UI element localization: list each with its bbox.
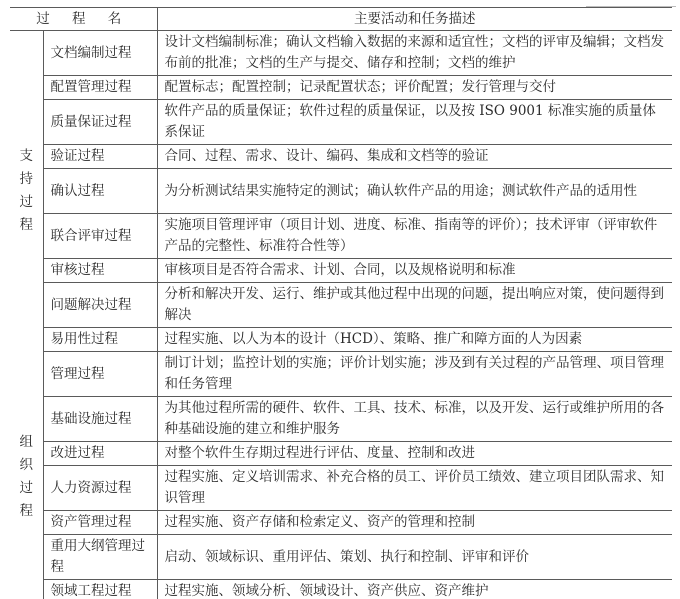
process-name: 审核过程 bbox=[43, 259, 157, 283]
process-description: 合同、过程、需求、设计、编码、集成和文档等的验证 bbox=[157, 145, 672, 169]
process-table: 过 程 名 主要活动和任务描述 支 持 过 程 文档编制过程 设计文档编制标准；… bbox=[10, 7, 672, 599]
table-row: 重用大纲管理过程 启动、领域标识、重用评估、策划、执行和控制、评审和评价 bbox=[10, 535, 672, 580]
category-organizational: 组 织 过 程 bbox=[10, 352, 43, 599]
table-row: 组 织 过 程 管理过程 制订计划；监控计划的实施；评价计划实施；涉及到有关过程… bbox=[10, 352, 672, 397]
process-description: 设计文档编制标准；确认文档输入数据的来源和适宜性；文档的评审及编辑；文档发布前的… bbox=[157, 31, 672, 76]
process-name: 问题解决过程 bbox=[43, 283, 157, 328]
table-row: 配置管理过程 配置标志；配置控制；记录配置状态；评价配置；发行管理与交付 bbox=[10, 76, 672, 100]
page-edge-mark bbox=[586, 0, 676, 7]
table-row: 确认过程 为分析测试结果实施特定的测试；确认软件产品的用途；测试软件产品的适用性 bbox=[10, 169, 672, 214]
process-name: 易用性过程 bbox=[43, 328, 157, 352]
process-name: 人力资源过程 bbox=[43, 466, 157, 511]
process-name: 验证过程 bbox=[43, 145, 157, 169]
process-name: 质量保证过程 bbox=[43, 100, 157, 145]
category-char: 过 bbox=[20, 191, 34, 214]
process-description: 配置标志；配置控制；记录配置状态；评价配置；发行管理与交付 bbox=[157, 76, 672, 100]
table-row: 改进过程 对整个软件生存期过程进行评估、度量、控制和改进 bbox=[10, 442, 672, 466]
process-description: 启动、领域标识、重用评估、策划、执行和控制、评审和评价 bbox=[157, 535, 672, 580]
table-row: 质量保证过程 软件产品的质量保证；软件过程的质量保证，以及按 ISO 9001 … bbox=[10, 100, 672, 145]
table-row: 人力资源过程 过程实施、定义培训需求、补充合格的员工、评价员工绩效、建立项目团队… bbox=[10, 466, 672, 511]
header-description: 主要活动和任务描述 bbox=[157, 8, 672, 31]
category-support: 支 持 过 程 bbox=[10, 31, 43, 352]
process-name: 改进过程 bbox=[43, 442, 157, 466]
table-row: 支 持 过 程 文档编制过程 设计文档编制标准；确认文档输入数据的来源和适宜性；… bbox=[10, 31, 672, 76]
process-description: 软件产品的质量保证；软件过程的质量保证，以及按 ISO 9001 标准实施的质量… bbox=[157, 100, 672, 145]
header-process-name: 过 程 名 bbox=[10, 8, 157, 31]
category-char: 程 bbox=[20, 500, 34, 523]
process-description: 过程实施、定义培训需求、补充合格的员工、评价员工绩效、建立项目团队需求、知识管理 bbox=[157, 466, 672, 511]
process-description: 制订计划；监控计划的实施；评价计划实施；涉及到有关过程的产品管理、项目管理和任务… bbox=[157, 352, 672, 397]
category-char: 组 bbox=[20, 431, 34, 454]
table-row: 基础设施过程 为其他过程所需的硬件、软件、工具、技术、标准，以及开发、运行或维护… bbox=[10, 397, 672, 442]
process-description: 过程实施、资产存储和检索定义、资产的管理和控制 bbox=[157, 511, 672, 535]
process-name: 确认过程 bbox=[43, 169, 157, 214]
header-row: 过 程 名 主要活动和任务描述 bbox=[10, 8, 672, 31]
process-description: 审核项目是否符合需求、计划、合同，以及规格说明和标准 bbox=[157, 259, 672, 283]
table-row: 易用性过程 过程实施、以人为本的设计（HCD）、策略、推广和障方面的人为因素 bbox=[10, 328, 672, 352]
table-row: 联合评审过程 实施项目管理评审（项目计划、进度、标准、指南等的评价）；技术评审（… bbox=[10, 214, 672, 259]
process-description: 分析和解决开发、运行、维护或其他过程中出现的问题，提出响应对策，使问题得到解决 bbox=[157, 283, 672, 328]
process-description: 对整个软件生存期过程进行评估、度量、控制和改进 bbox=[157, 442, 672, 466]
process-description: 过程实施、以人为本的设计（HCD）、策略、推广和障方面的人为因素 bbox=[157, 328, 672, 352]
category-char: 持 bbox=[20, 168, 34, 191]
table-row: 审核过程 审核项目是否符合需求、计划、合同，以及规格说明和标准 bbox=[10, 259, 672, 283]
category-char: 过 bbox=[20, 477, 34, 500]
process-name: 基础设施过程 bbox=[43, 397, 157, 442]
process-description: 实施项目管理评审（项目计划、进度、标准、指南等的评价）；技术评审（评审软件产品的… bbox=[157, 214, 672, 259]
process-name: 重用大纲管理过程 bbox=[43, 535, 157, 580]
table-row: 资产管理过程 过程实施、资产存储和检索定义、资产的管理和控制 bbox=[10, 511, 672, 535]
table-row: 验证过程 合同、过程、需求、设计、编码、集成和文档等的验证 bbox=[10, 145, 672, 169]
category-char: 支 bbox=[20, 145, 34, 168]
process-description: 过程实施、领域分析、领域设计、资产供应、资产维护 bbox=[157, 580, 672, 599]
process-description: 为其他过程所需的硬件、软件、工具、技术、标准，以及开发、运行或维护所用的各种基础… bbox=[157, 397, 672, 442]
table-row: 领域工程过程 过程实施、领域分析、领域设计、资产供应、资产维护 bbox=[10, 580, 672, 599]
process-description: 为分析测试结果实施特定的测试；确认软件产品的用途；测试软件产品的适用性 bbox=[157, 169, 672, 214]
category-char: 程 bbox=[20, 214, 34, 237]
process-name: 领域工程过程 bbox=[43, 580, 157, 599]
process-name: 配置管理过程 bbox=[43, 76, 157, 100]
category-char: 织 bbox=[20, 454, 34, 477]
table-row: 问题解决过程 分析和解决开发、运行、维护或其他过程中出现的问题，提出响应对策，使… bbox=[10, 283, 672, 328]
process-name: 文档编制过程 bbox=[43, 31, 157, 76]
process-name: 联合评审过程 bbox=[43, 214, 157, 259]
process-name: 管理过程 bbox=[43, 352, 157, 397]
process-name: 资产管理过程 bbox=[43, 511, 157, 535]
